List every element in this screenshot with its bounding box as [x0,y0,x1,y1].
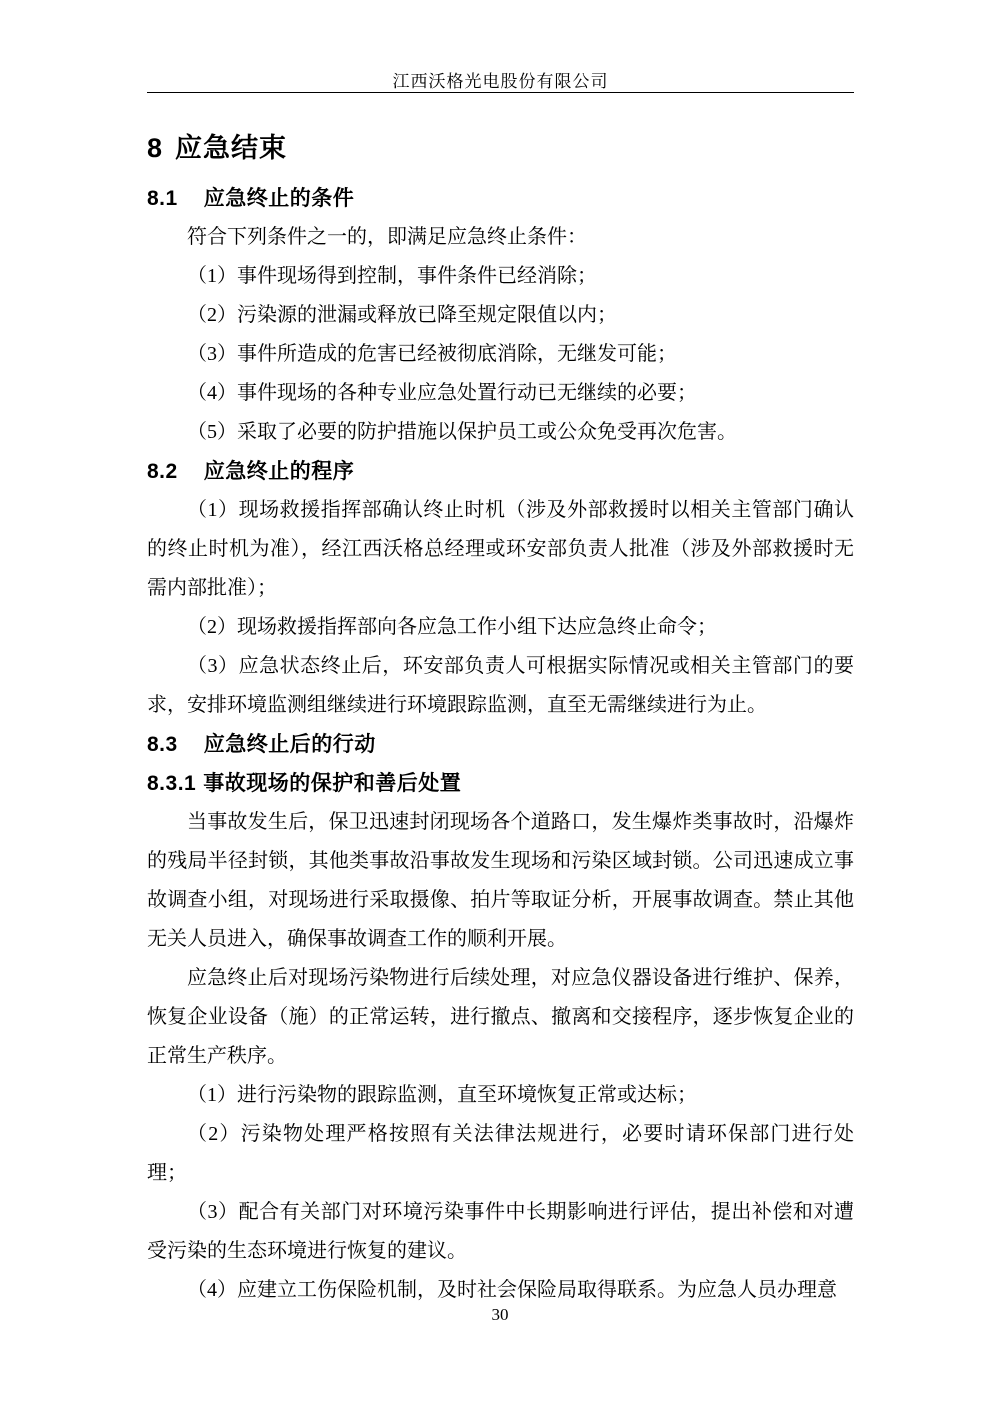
chapter-title: 8应急结束 [147,131,854,165]
section-heading-8-3: 8.3应急终止后的行动 [147,725,854,764]
page-footer: 30 [0,1305,1000,1325]
list-item-action-3: （3）配合有关部门对环境污染事件中长期影响进行评估，提出补偿和对遭受污染的生态环… [147,1193,854,1271]
chapter-title-text: 应急结束 [175,133,287,163]
document-page: { "header": { "company": "江西沃格光电股份有限公司" … [0,0,1000,1414]
list-item-condition-3: （3）事件所造成的危害已经被彻底消除，无继发可能； [147,335,854,374]
section-heading-text: 应急终止后的行动 [204,733,376,756]
section-heading-text: 应急终止的程序 [204,460,355,483]
list-item-action-2: （2）污染物处理严格按照有关法律法规进行，必要时请环保部门进行处理； [147,1115,854,1193]
paragraph-post-termination: 应急终止后对现场污染物进行后续处理，对应急仪器设备进行维护、保养，恢复企业设备（… [147,959,854,1076]
list-item-procedure-3: （3）应急状态终止后，环安部负责人可根据实际情况或相关主管部门的要求，安排环境监… [147,647,854,725]
list-item-action-1: （1）进行污染物的跟踪监测，直至环境恢复正常或达标； [147,1076,854,1115]
company-name: 江西沃格光电股份有限公司 [393,72,609,91]
page-header: 江西沃格光电股份有限公司 [147,0,854,93]
paragraph-scene-protection: 当事故发生后，保卫迅速封闭现场各个道路口，发生爆炸类事故时，沿爆炸的残局半径封锁… [147,803,854,959]
subsection-number: 8.3.1 [147,772,196,795]
subsection-heading-text: 事故现场的保护和善后处置 [203,772,461,795]
list-item-procedure-1: （1）现场救援指挥部确认终止时机（涉及外部救援时以相关主管部门确认的终止时机为准… [147,491,854,608]
section-heading-8-2: 8.2应急终止的程序 [147,452,854,491]
section-heading-text: 应急终止的条件 [204,187,355,210]
subsection-heading-8-3-1: 8.3.1事故现场的保护和善后处置 [147,764,854,803]
list-item-condition-4: （4）事件现场的各种专业应急处置行动已无继续的必要； [147,374,854,413]
list-item-condition-1: （1）事件现场得到控制，事件条件已经消除； [147,257,854,296]
list-item-condition-5: （5）采取了必要的防护措施以保护员工或公众免受再次危害。 [147,413,854,452]
section-heading-8-1: 8.1应急终止的条件 [147,179,854,218]
section-number: 8.1 [147,187,178,210]
chapter-number: 8 [147,133,163,163]
section-number: 8.2 [147,460,178,483]
list-item-procedure-2: （2）现场救援指挥部向各应急工作小组下达应急终止命令； [147,608,854,647]
list-item-condition-2: （2）污染源的泄漏或释放已降至规定限值以内； [147,296,854,335]
section-number: 8.3 [147,733,178,756]
page-content: 江西沃格光电股份有限公司 8应急结束 8.1应急终止的条件 符合下列条件之一的，… [147,0,854,1310]
paragraph-intro-conditions: 符合下列条件之一的，即满足应急终止条件： [147,218,854,257]
page-number: 30 [492,1305,509,1324]
